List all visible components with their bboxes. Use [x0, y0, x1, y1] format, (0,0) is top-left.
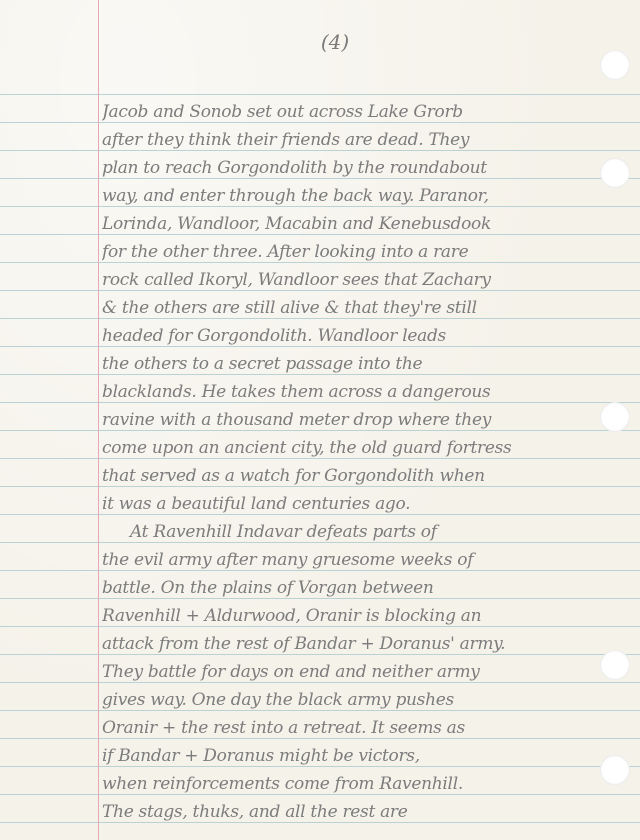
text-line: it was a beautiful land centuries ago.: [102, 490, 602, 518]
binder-hole: [600, 402, 630, 432]
text-line: way, and enter through the back way. Par…: [102, 182, 602, 210]
text-line: blacklands. He takes them across a dange…: [102, 378, 602, 406]
text-line: battle. On the plains of Vorgan between: [102, 574, 602, 602]
text-line: after they think their friends are dead.…: [102, 126, 602, 154]
text-line: plan to reach Gorgondolith by the rounda…: [102, 154, 602, 182]
text-line: Ravenhill + Aldurwood, Oranir is blockin…: [102, 602, 602, 630]
handwritten-text: Jacob and Sonob set out across Lake Gror…: [102, 98, 602, 826]
text-line: Lorinda, Wandloor, Macabin and Kenebusdo…: [102, 210, 602, 238]
text-line: attack from the rest of Bandar + Doranus…: [102, 630, 602, 658]
text-line: At Ravenhill Indavar defeats parts of: [102, 518, 602, 546]
text-line: They battle for days on end and neither …: [102, 658, 602, 686]
text-line: when reinforcements come from Ravenhill.: [102, 770, 602, 798]
text-line: The stags, thuks, and all the rest are: [102, 798, 602, 826]
text-line: headed for Gorgondolith. Wandloor leads: [102, 322, 602, 350]
text-line: for the other three. After looking into …: [102, 238, 602, 266]
text-line: if Bandar + Doranus might be victors,: [102, 742, 602, 770]
text-line: rock called Ikoryl, Wandloor sees that Z…: [102, 266, 602, 294]
binder-hole: [600, 158, 630, 188]
text-line: that served as a watch for Gorgondolith …: [102, 462, 602, 490]
margin-line: [98, 0, 99, 840]
binder-hole: [600, 755, 630, 785]
text-line: Jacob and Sonob set out across Lake Gror…: [102, 98, 602, 126]
binder-hole: [600, 50, 630, 80]
text-line: the others to a secret passage into the: [102, 350, 602, 378]
page-number: (4): [305, 30, 365, 54]
text-line: & the others are still alive & that they…: [102, 294, 602, 322]
text-line: Oranir + the rest into a retreat. It see…: [102, 714, 602, 742]
text-line: gives way. One day the black army pushes: [102, 686, 602, 714]
text-line: the evil army after many gruesome weeks …: [102, 546, 602, 574]
binder-hole: [600, 650, 630, 680]
text-line: ravine with a thousand meter drop where …: [102, 406, 602, 434]
text-line: come upon an ancient city, the old guard…: [102, 434, 602, 462]
